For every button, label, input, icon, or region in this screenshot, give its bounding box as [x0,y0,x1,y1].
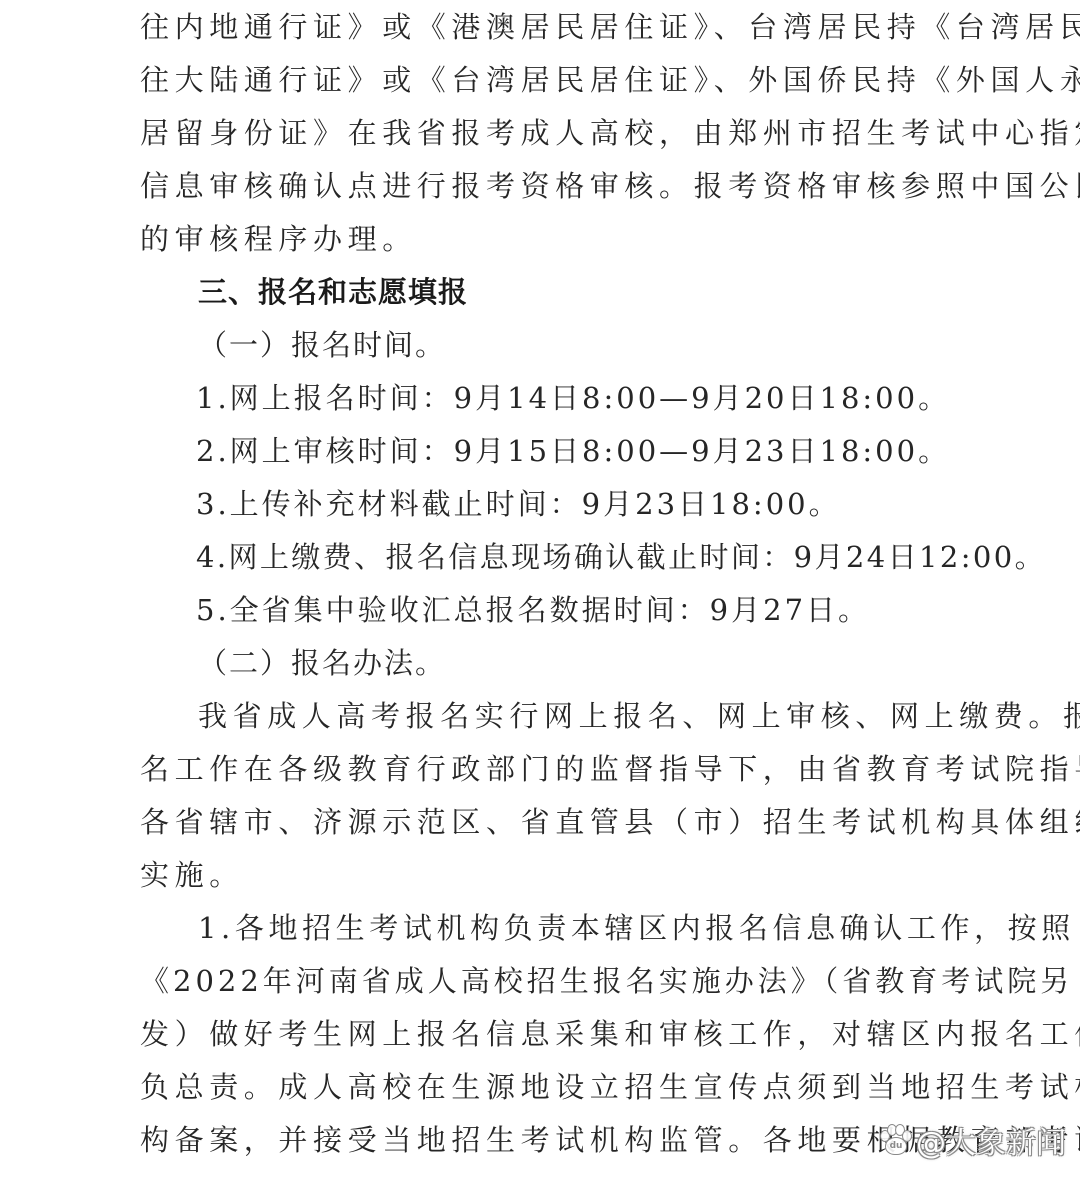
paragraph-line: 名工作在各级教育行政部门的监督指导下，由省教育考试院指导 [140,742,1080,796]
schedule-item: 4.网上缴费、报名信息现场确认截止时间：9月24日12:00。 [196,530,1046,584]
watermark: du @大象新闻 [878,1118,1066,1162]
schedule-item: 5.全省集中验收汇总报名数据时间：9月27日。 [196,583,870,637]
paragraph-line: 发）做好考生网上报名信息采集和审核工作，对辖区内报名工作 [140,1007,1080,1061]
paragraph-line: 的审核程序办理。 [140,212,417,266]
subsection-heading: （一）报名时间。 [198,318,446,372]
baidu-paw-label: du [885,1137,907,1155]
paragraph-line: 居留身份证》在我省报考成人高校，由郑州市招生考试中心指定 [140,106,1080,160]
paragraph-line: 往内地通行证》或《港澳居民居住证》、台湾居民持《台湾居民来 [140,0,1080,54]
paragraph-line: 实施。 [140,848,244,902]
paragraph-line: 1.各地招生考试机构负责本辖区内报名信息确认工作，按照 [198,901,1075,955]
paragraph-line: 各省辖市、济源示范区、省直管县（市）招生考试机构具体组织 [140,795,1080,849]
baidu-paw-icon: du [878,1123,912,1157]
subsection-heading: （二）报名办法。 [198,636,446,690]
schedule-item: 2.网上审核时间：9月15日8:00—9月23日18:00。 [196,424,950,478]
section-heading: 三、报名和志愿填报 [198,265,468,319]
schedule-item: 3.上传补充材料截止时间：9月23日18:00。 [196,477,841,531]
paragraph-line: 《2022年河南省成人高校招生报名实施办法》（省教育考试院另 [140,954,1073,1008]
paragraph-line: 往大陆通行证》或《台湾居民居住证》、外国侨民持《外国人永久 [140,53,1080,107]
watermark-text: @大象新闻 [916,1118,1066,1162]
paragraph-line: 信息审核确认点进行报考资格审核。报考资格审核参照中国公民 [140,159,1080,213]
paragraph-line: 负总责。成人高校在生源地设立招生宣传点须到当地招生考试机 [140,1060,1080,1114]
paragraph-line: 我省成人高考报名实行网上报名、网上审核、网上缴费。报 [198,689,1080,743]
schedule-item: 1.网上报名时间：9月14日8:00—9月20日18:00。 [196,371,950,425]
